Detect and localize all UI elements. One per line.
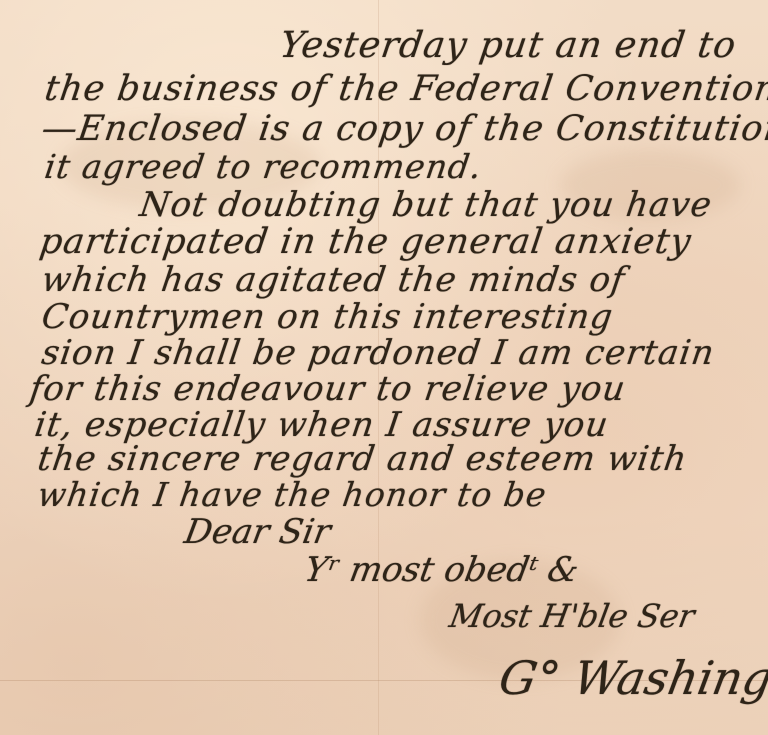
letter-line-2: the business of the Federal Convention xyxy=(43,72,768,107)
letter-line-1: Yesterday put an end to xyxy=(277,28,738,64)
letter-line-10: for this endeavour to relieve you xyxy=(28,372,628,406)
letter-line-13: which I have the honor to be xyxy=(36,478,549,511)
closing-line-2: Most H'ble Ser xyxy=(447,600,697,632)
letter-line-3: —Enclosed is a copy of the Constitution xyxy=(40,112,768,147)
closing-line-1: Yʳ most obedᵗ & xyxy=(302,553,581,587)
letter-line-8: Countrymen on this interesting xyxy=(40,300,616,334)
signature: G° Washing xyxy=(496,655,768,701)
letter-line-4: it agreed to recommend. xyxy=(43,150,484,183)
letter-line-12: the sincere regard and esteem with xyxy=(36,442,690,476)
salutation: Dear Sir xyxy=(182,515,333,549)
letter-line-6: participated in the general anxiety xyxy=(38,225,694,260)
letter-line-5: Not doubting but that you have xyxy=(138,188,715,222)
letter-line-11: it, especially when I assure you xyxy=(33,408,611,442)
letter-line-7: which has agitated the minds of xyxy=(40,263,628,297)
letter-line-9: sion I shall be pardoned I am certain xyxy=(40,336,717,370)
